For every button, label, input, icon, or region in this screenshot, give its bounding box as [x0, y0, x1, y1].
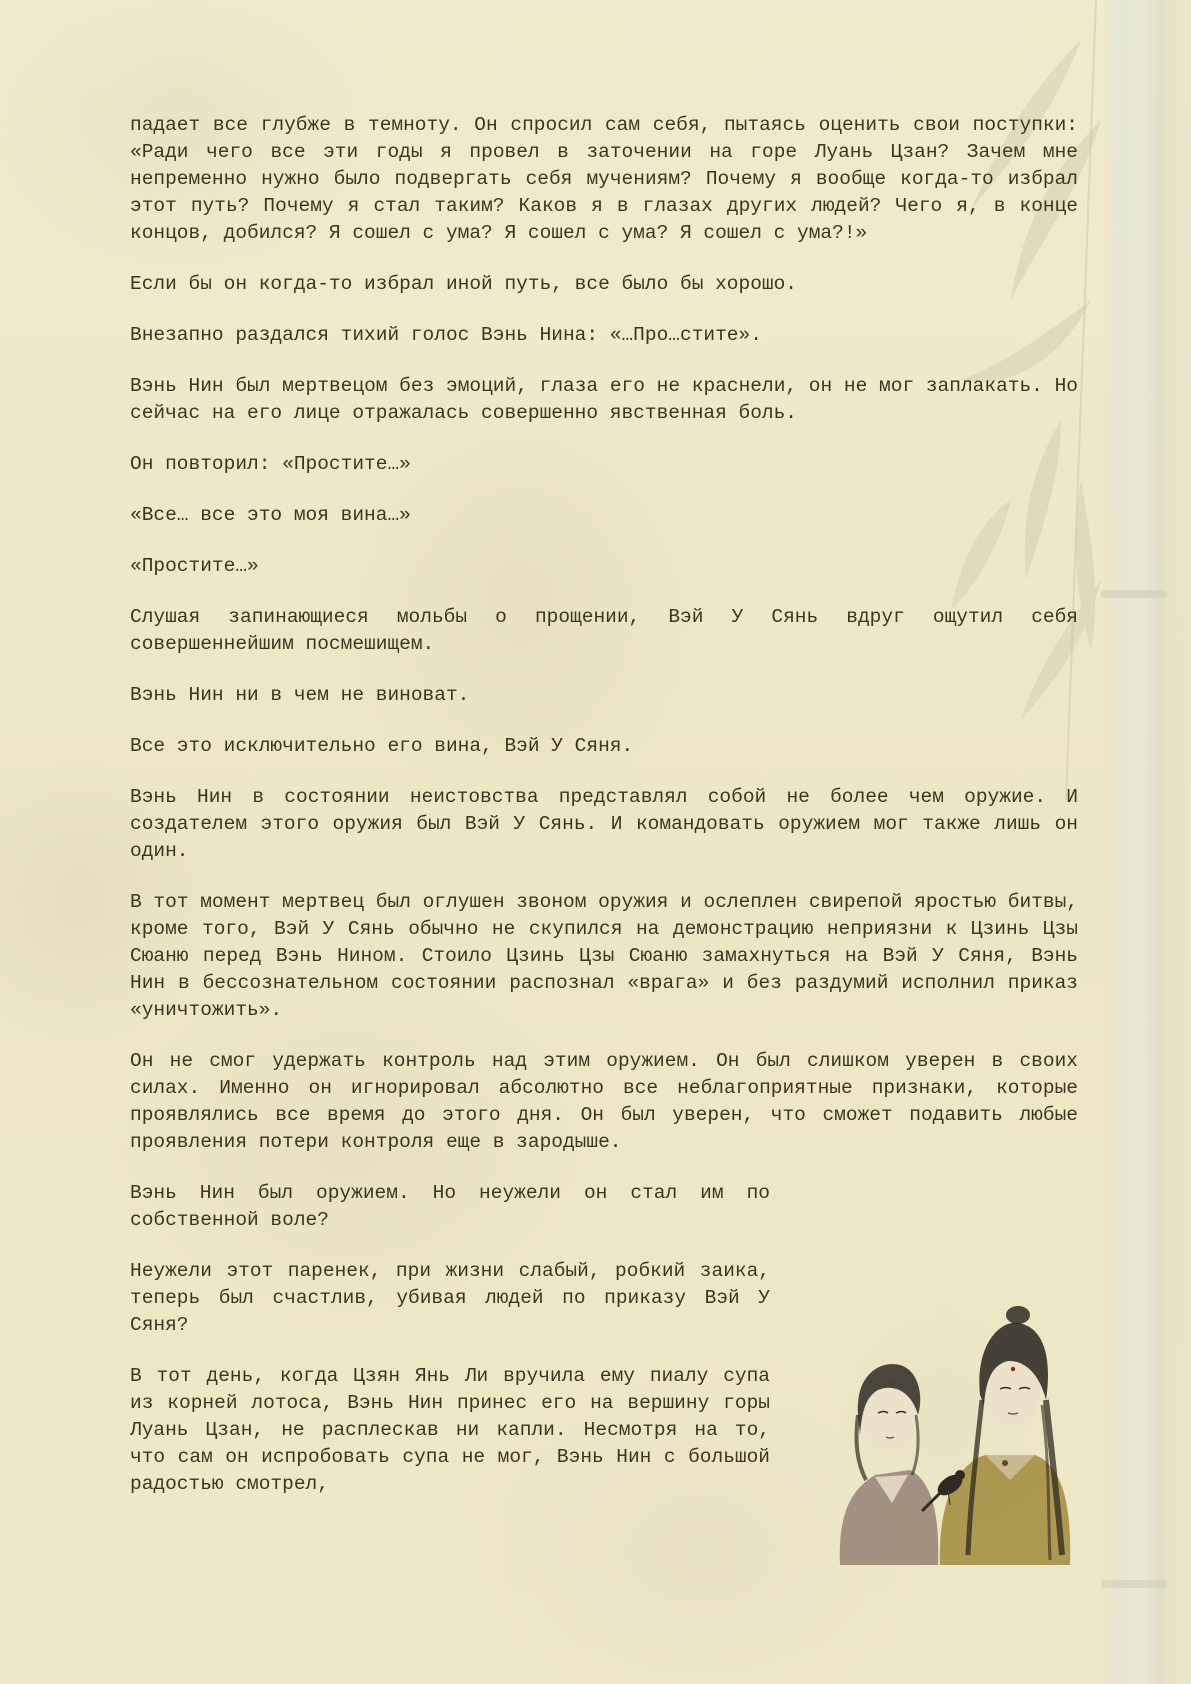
- paragraph: Все это исключительно его вина, Вэй У Ся…: [130, 733, 1078, 760]
- paragraph: Он не смог удержать контроль над этим ор…: [130, 1048, 1078, 1156]
- illustration-icon: [800, 1265, 1090, 1565]
- paragraph: Неужели этот паренек, при жизни слабый, …: [130, 1258, 770, 1339]
- paragraph: В тот день, когда Цзян Янь Ли вручила ем…: [130, 1363, 770, 1498]
- bamboo-node-decoration: [1101, 590, 1167, 598]
- paragraph: Слушая запинающиеся мольбы о прощении, В…: [130, 604, 1078, 658]
- bamboo-node-decoration: [1101, 1580, 1167, 1588]
- paragraph: Если бы он когда-то избрал иной путь, вс…: [130, 271, 1078, 298]
- paragraph: В тот момент мертвец был оглушен звоном …: [130, 889, 1078, 1024]
- paragraph: Вэнь Нин ни в чем не виноват.: [130, 682, 1078, 709]
- paragraph: «Простите…»: [130, 553, 1078, 580]
- paragraph: Вэнь Нин был мертвецом без эмоций, глаза…: [130, 373, 1078, 427]
- page-edge-decoration: [1163, 0, 1191, 1684]
- paragraph: «Все… все это моя вина…»: [130, 502, 1078, 529]
- paragraph: Вэнь Нин в состоянии неистовства предста…: [130, 784, 1078, 865]
- paragraph: Он повторил: «Простите…»: [130, 451, 1078, 478]
- bamboo-stalk-decoration: [1105, 0, 1163, 1684]
- paragraph: Вэнь Нин был оружием. Но неужели он стал…: [130, 1180, 770, 1234]
- paragraph: Внезапно раздался тихий голос Вэнь Нина:…: [130, 322, 1078, 349]
- paragraph: падает все глубже в темноту. Он спросил …: [130, 112, 1078, 247]
